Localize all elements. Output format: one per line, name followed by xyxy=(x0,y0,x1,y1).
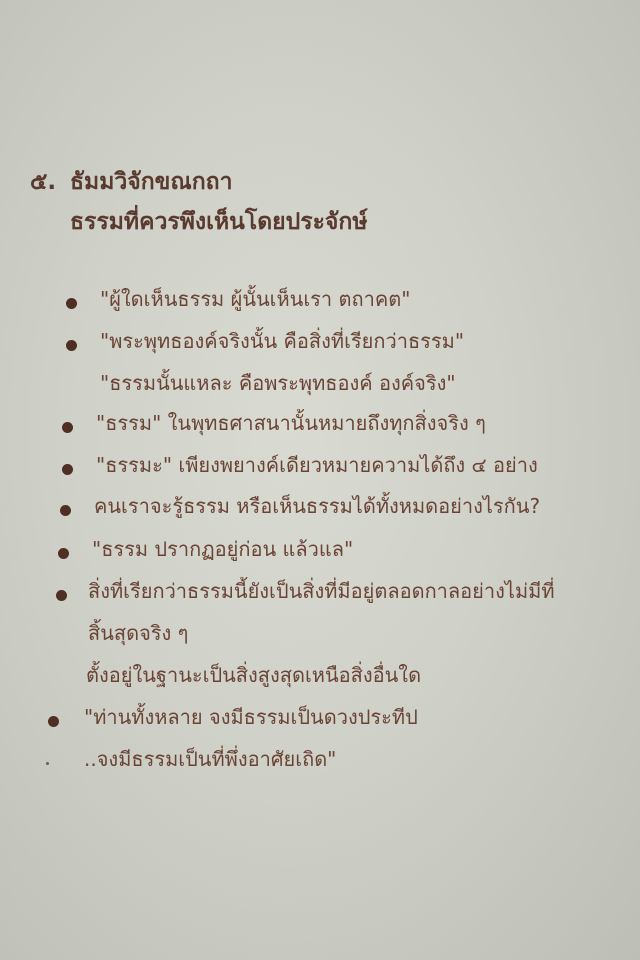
list-item: "ผู้ใดเห็นธรรม ผู้นั้นเห็นเรา ตถาคต" xyxy=(100,284,410,314)
list-item: คนเราจะรู้ธรรม หรือเห็นธรรมได้ทั้งหมดอย่… xyxy=(94,491,540,521)
section-heading: ๕.ธัมมวิจักขณกถา ธรรมที่ควรพึงเห็นโดยประ… xyxy=(30,162,368,242)
list-item-continuation: ตั้งอยู่ในฐานะเป็นสิ่งสูงสุดเหนือสิ่งอื่… xyxy=(86,660,421,690)
list-item: "ธรรม ปรากฏอยู่ก่อน แล้วแล" xyxy=(92,534,353,564)
bullet-icon xyxy=(62,422,73,433)
section-number: ๕. xyxy=(30,162,70,202)
list-item: "ธรรมะ" เพียงพยางค์เดียวหมายความได้ถึง ๔… xyxy=(96,450,538,480)
list-item: "ธรรม" ในพุทธศาสนานั้นหมายถึงทุกสิ่งจริง… xyxy=(96,408,486,438)
bullet-icon xyxy=(48,716,59,727)
bullet-icon xyxy=(58,548,69,559)
list-item: "พระพุทธองค์จริงนั้น คือสิ่งที่เรียกว่าธ… xyxy=(100,326,464,356)
bullet-icon xyxy=(56,590,67,601)
stray-dot xyxy=(46,762,49,765)
section-title: ธัมมวิจักขณกถา xyxy=(70,169,233,195)
bullet-icon xyxy=(60,505,71,516)
section-title-line: ๕.ธัมมวิจักขณกถา xyxy=(30,162,368,202)
list-item-continuation: สิ้นสุดจริง ๆ xyxy=(88,618,188,648)
bullet-icon xyxy=(62,464,73,475)
list-item: สิ่งที่เรียกว่าธรรมนี้ยังเป็นสิ่งที่มีอย… xyxy=(88,576,555,606)
list-item-continuation: ..จงมีธรรมเป็นที่พึ่งอาศัยเถิด" xyxy=(84,744,336,774)
book-page: ๕.ธัมมวิจักขณกถา ธรรมที่ควรพึงเห็นโดยประ… xyxy=(0,0,640,960)
bullet-icon xyxy=(66,340,77,351)
list-item: "ท่านทั้งหลาย จงมีธรรมเป็นดวงประทีป xyxy=(84,702,418,732)
list-item-continuation: "ธรรมนั้นแหละ คือพระพุทธองค์ องค์จริง" xyxy=(100,368,456,398)
bullet-icon xyxy=(66,298,77,309)
section-subtitle: ธรรมที่ควรพึงเห็นโดยประจักษ์ xyxy=(30,202,368,242)
